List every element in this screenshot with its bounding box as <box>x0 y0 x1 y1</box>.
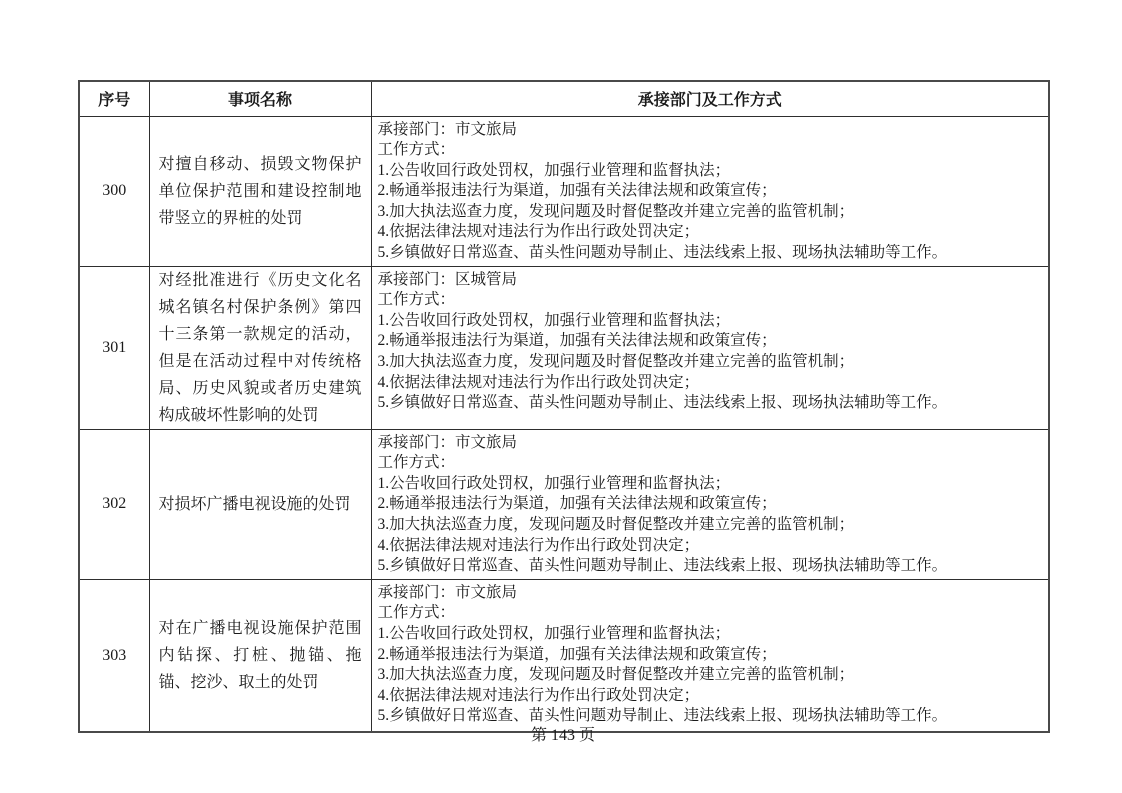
row-item-name: 对擅自移动、损毁文物保护单位保护范围和建设控制地带竖立的界桩的处罚 <box>149 116 371 266</box>
table-row: 301 对经批准进行《历史文化名城名镇名村保护条例》第四十三条第一款规定的活动，… <box>79 266 1049 429</box>
row-item-name: 对损坏广播电视设施的处罚 <box>149 429 371 579</box>
detail-line-method-2: 2.畅通举报违法行为渠道，加强有关法律法规和政策宣传； <box>378 494 1041 515</box>
detail-line-method-1: 1.公告收回行政处罚权，加强行业管理和监督执法； <box>378 474 1041 495</box>
row-item-name: 对经批准进行《历史文化名城名镇名村保护条例》第四十三条第一款规定的活动，但是在活… <box>149 266 371 429</box>
detail-line-method-label: 工作方式： <box>378 603 1041 624</box>
table-row: 300 对擅自移动、损毁文物保护单位保护范围和建设控制地带竖立的界桩的处罚 承接… <box>79 116 1049 266</box>
detail-line-department: 承接部门：市文旅局 <box>378 433 1041 454</box>
detail-line-method-1: 1.公告收回行政处罚权，加强行业管理和监督执法； <box>378 161 1041 182</box>
detail-line-method-5: 5.乡镇做好日常巡查、苗头性问题劝导制止、违法线索上报、现场执法辅助等工作。 <box>378 556 1041 577</box>
row-seq: 303 <box>79 579 149 732</box>
detail-line-method-label: 工作方式： <box>378 140 1041 161</box>
detail-line-method-4: 4.依据法律法规对违法行为作出行政处罚决定； <box>378 536 1041 557</box>
row-details: 承接部门：市文旅局 工作方式： 1.公告收回行政处罚权，加强行业管理和监督执法；… <box>371 579 1049 732</box>
detail-line-method-label: 工作方式： <box>378 290 1041 311</box>
page-number: 第 143 页 <box>78 722 1048 745</box>
row-item-name: 对在广播电视设施保护范围内钻探、打桩、抛锚、拖锚、挖沙、取土的处罚 <box>149 579 371 732</box>
header-item-name: 事项名称 <box>149 81 371 116</box>
row-details: 承接部门：市文旅局 工作方式： 1.公告收回行政处罚权，加强行业管理和监督执法；… <box>371 429 1049 579</box>
row-seq: 300 <box>79 116 149 266</box>
table-row: 302 对损坏广播电视设施的处罚 承接部门：市文旅局 工作方式： 1.公告收回行… <box>79 429 1049 579</box>
row-details: 承接部门：区城管局 工作方式： 1.公告收回行政处罚权，加强行业管理和监督执法；… <box>371 266 1049 429</box>
row-seq: 301 <box>79 266 149 429</box>
items-table: 序号 事项名称 承接部门及工作方式 300 对擅自移动、损毁文物保护单位保护范围… <box>78 80 1050 733</box>
detail-line-method-4: 4.依据法律法规对违法行为作出行政处罚决定； <box>378 373 1041 394</box>
detail-line-method-4: 4.依据法律法规对违法行为作出行政处罚决定； <box>378 222 1041 243</box>
detail-line-method-label: 工作方式： <box>378 453 1041 474</box>
detail-line-method-4: 4.依据法律法规对违法行为作出行政处罚决定； <box>378 686 1041 707</box>
detail-line-method-3: 3.加大执法巡查力度，发现问题及时督促整改并建立完善的监管机制； <box>378 202 1041 223</box>
header-seq: 序号 <box>79 81 149 116</box>
detail-line-department: 承接部门：市文旅局 <box>378 120 1041 141</box>
detail-line-method-5: 5.乡镇做好日常巡查、苗头性问题劝导制止、违法线索上报、现场执法辅助等工作。 <box>378 243 1041 264</box>
detail-line-method-3: 3.加大执法巡查力度，发现问题及时督促整改并建立完善的监管机制； <box>378 665 1041 686</box>
detail-line-department: 承接部门：市文旅局 <box>378 583 1041 604</box>
detail-line-method-3: 3.加大执法巡查力度，发现问题及时督促整改并建立完善的监管机制； <box>378 352 1041 373</box>
detail-line-method-1: 1.公告收回行政处罚权，加强行业管理和监督执法； <box>378 624 1041 645</box>
detail-line-method-1: 1.公告收回行政处罚权，加强行业管理和监督执法； <box>378 311 1041 332</box>
row-details: 承接部门：市文旅局 工作方式： 1.公告收回行政处罚权，加强行业管理和监督执法；… <box>371 116 1049 266</box>
detail-line-method-2: 2.畅通举报违法行为渠道，加强有关法律法规和政策宣传； <box>378 645 1041 666</box>
header-dept-method: 承接部门及工作方式 <box>371 81 1049 116</box>
table-header-row: 序号 事项名称 承接部门及工作方式 <box>79 81 1049 116</box>
table-row: 303 对在广播电视设施保护范围内钻探、打桩、抛锚、拖锚、挖沙、取土的处罚 承接… <box>79 579 1049 732</box>
detail-line-method-2: 2.畅通举报违法行为渠道，加强有关法律法规和政策宣传； <box>378 331 1041 352</box>
detail-line-method-5: 5.乡镇做好日常巡查、苗头性问题劝导制止、违法线索上报、现场执法辅助等工作。 <box>378 393 1041 414</box>
document-page: 序号 事项名称 承接部门及工作方式 300 对擅自移动、损毁文物保护单位保护范围… <box>0 0 1122 793</box>
detail-line-method-3: 3.加大执法巡查力度，发现问题及时督促整改并建立完善的监管机制； <box>378 515 1041 536</box>
detail-line-department: 承接部门：区城管局 <box>378 270 1041 291</box>
detail-line-method-2: 2.畅通举报违法行为渠道，加强有关法律法规和政策宣传； <box>378 181 1041 202</box>
row-seq: 302 <box>79 429 149 579</box>
